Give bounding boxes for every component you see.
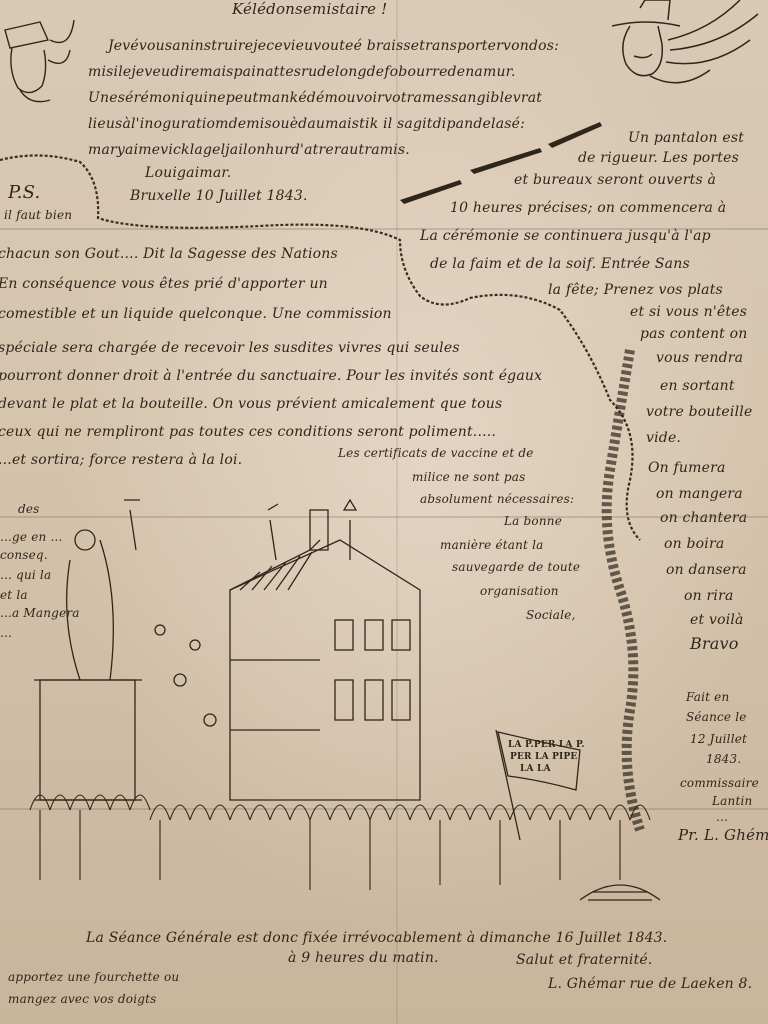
right-line: et bureaux seront ouverts à	[514, 172, 716, 188]
body-line: ceux qui ne rempliront pas toutes ces co…	[0, 424, 496, 440]
right-line: vous rendra	[656, 350, 743, 366]
right-line: de rigueur. Les portes	[578, 150, 739, 166]
list-item: On fumera	[648, 460, 726, 476]
right-line: en sortant	[660, 378, 735, 394]
crowd-and-house-illustration	[20, 480, 700, 910]
footer-left-note: apportez une fourchette ou	[8, 970, 179, 984]
right-line: votre bouteille	[646, 404, 752, 420]
footer-line-1: La Séance Générale est donc fixée irrévo…	[86, 930, 667, 946]
banner-text: LA LA	[520, 764, 551, 774]
body-line: chacun son Gout.... Dit la Sagesse des N…	[0, 246, 338, 262]
banner-text: PER LA PIPE	[510, 752, 578, 762]
right-line: pas content on	[640, 326, 747, 342]
signoff-line: ...	[716, 810, 728, 824]
body-line: spéciale sera chargée de recevoir les su…	[0, 340, 460, 356]
middle-note-line: Les certificats de vaccine et de	[338, 446, 534, 460]
winged-head-left-icon	[0, 10, 80, 110]
footer-address: L. Ghémar rue de Laeken 8.	[548, 976, 752, 992]
margin-fragment: ...	[0, 626, 12, 640]
body-line: devant le plat et la bouteille. On vous …	[0, 396, 502, 412]
winged-head-right-icon	[590, 0, 768, 100]
signoff-line: 1843.	[706, 752, 741, 766]
right-line: vide.	[646, 430, 681, 446]
body-line: comestible et un liquide quelconque. Une…	[0, 306, 392, 322]
opening-line: Jevévousaninstruirejecevieuvouteé braiss…	[108, 38, 559, 54]
letter-heading: Kélédonsemistaire !	[232, 0, 387, 18]
signoff-line: Lantin	[712, 794, 752, 808]
footer-line-2: à 9 heures du matin.	[288, 950, 439, 966]
letter-sheet: Kélédonsemistaire ! Jevévousaninstruirej…	[0, 0, 768, 1024]
body-line: En conséquence vous êtes prié d'apporter…	[0, 276, 328, 292]
footer-salutation: Salut et fraternité.	[516, 952, 653, 968]
body-line: pourront donner droit à l'entrée du sanc…	[0, 368, 542, 384]
banner-text: LA P.PER LA P.	[508, 740, 585, 750]
footer-left-note: mangez avec vos doigts	[8, 992, 157, 1006]
right-line: de la faim et de la soif. Entrée Sans	[430, 256, 690, 272]
right-line: et si vous n'êtes	[630, 304, 747, 320]
right-line: 10 heures précises; on commencera à	[450, 200, 726, 216]
right-line: Un pantalon est	[628, 130, 744, 146]
body-line: ...et sortira; force restera à la loi.	[0, 452, 242, 468]
right-line: La cérémonie se continuera jusqu'à l'ap	[420, 228, 711, 244]
opening-line: misilejeveudiremaispainattesrudelongdefo…	[88, 64, 516, 80]
right-line: la fête; Prenez vos plats	[548, 282, 723, 298]
